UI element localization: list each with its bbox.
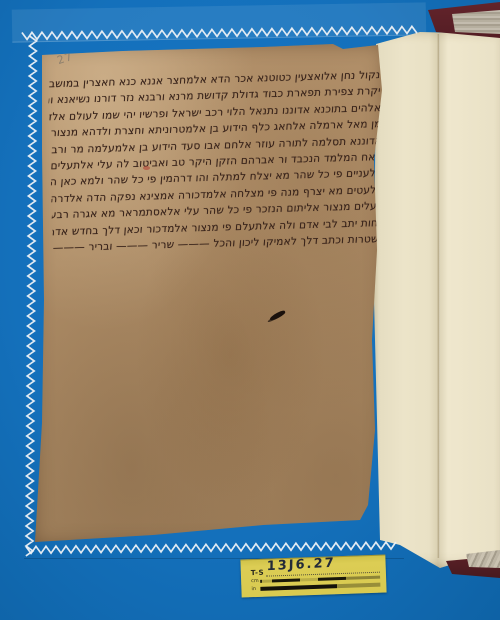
manuscript-text-block: נקול נחן אלואצעין כטוטנא אכר הדא אלמחצר … bbox=[48, 67, 385, 257]
zigzag-stitching-left bbox=[24, 36, 40, 560]
photograph-of-genizah-fragment: 27 נקול נחן אלואצעין כטוטנא אכר הדא אלמח… bbox=[0, 0, 500, 620]
parchment-fragment: 27 נקול נחן אלואצעין כטוטנא אכר הדא אלמח… bbox=[33, 43, 385, 546]
scale-unit-in-label: in bbox=[251, 586, 260, 592]
ink-blot bbox=[269, 309, 286, 321]
zigzag-stitching-bottom bbox=[26, 540, 398, 557]
pencil-folio-number: 27 bbox=[55, 50, 74, 67]
red-ink-speck bbox=[143, 166, 150, 170]
scale-unit-cm-label: cm bbox=[251, 578, 260, 584]
classmark-label: T-S 13J6.27 cm in bbox=[240, 554, 386, 597]
page-block-edge-top bbox=[452, 10, 500, 34]
scale-bar-in bbox=[260, 583, 380, 591]
page-crease-line bbox=[437, 34, 440, 558]
classmark-prefix: T-S bbox=[251, 569, 264, 577]
